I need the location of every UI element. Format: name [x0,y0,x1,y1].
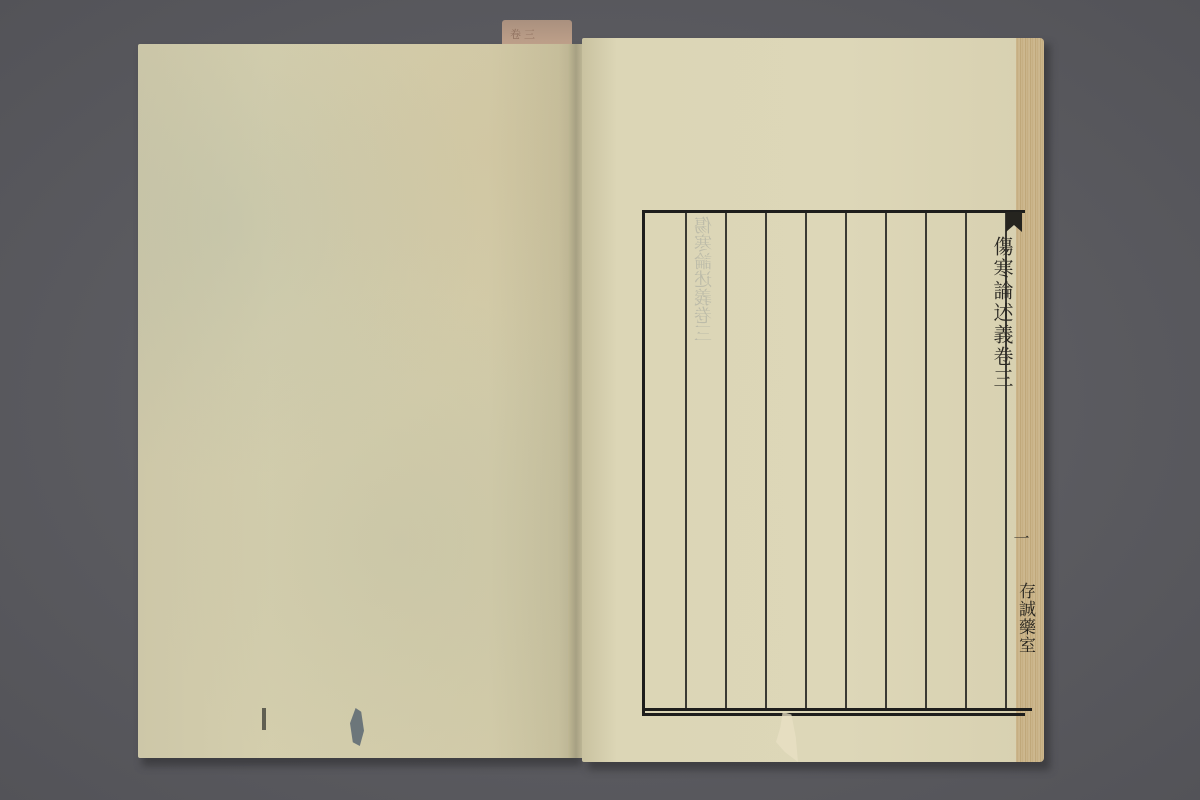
column-rule [925,213,927,710]
printed-frame [642,210,1025,716]
column-rule [685,213,687,710]
banxin-publisher: 存誠藥室 [1012,582,1036,654]
banxin-title: 傷寒論述義卷三 [988,236,1016,390]
banxin-page-mark: 一 [1012,530,1032,546]
tab-label: 卷三 [510,26,562,42]
column-rule [965,213,967,710]
tear-mark [262,708,266,730]
column-rule [765,213,767,710]
column-rule [805,213,807,710]
column-rule [885,213,887,710]
column-rule [845,213,847,710]
frame-bottom-rule [642,708,1032,711]
column-rule [725,213,727,710]
left-page [138,44,576,758]
